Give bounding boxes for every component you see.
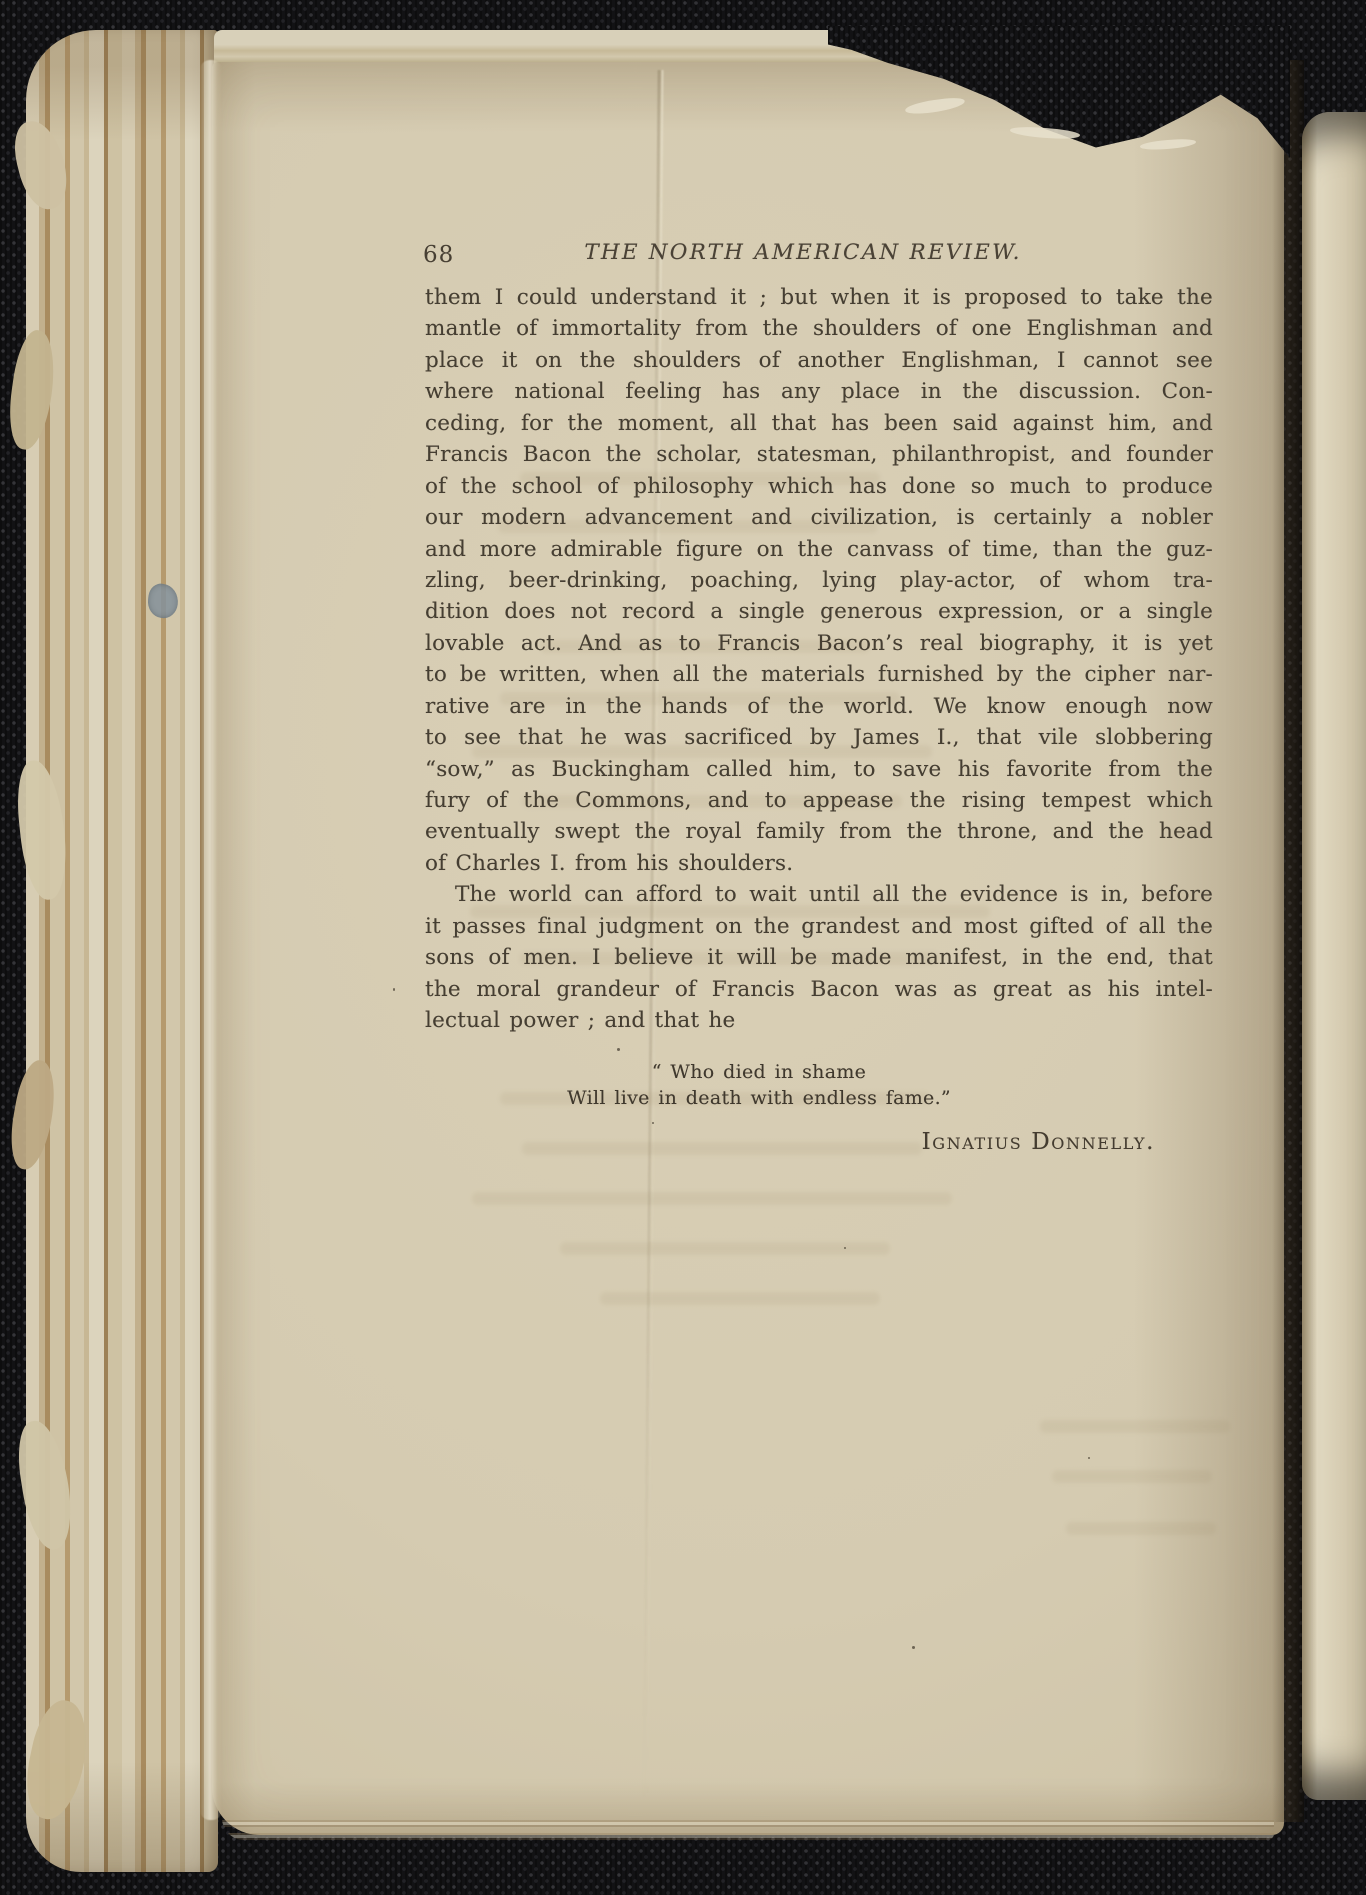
text-line: of the school of philosophy which has do… bbox=[425, 471, 1213, 502]
text-line: rative are in the hands of the world. We… bbox=[425, 691, 1213, 722]
text-line: where national feeling has any place in … bbox=[425, 376, 1213, 407]
scanned-book-page: 68 THE NORTH AMERICAN REVIEW. them I cou… bbox=[0, 0, 1366, 1895]
bottom-sheet-edges bbox=[222, 1818, 1274, 1840]
gutter-fold-shadow bbox=[1272, 60, 1304, 1822]
deckled-page-edges bbox=[26, 30, 218, 1872]
dust-speck bbox=[1088, 1457, 1090, 1459]
next-page-sliver bbox=[1302, 112, 1366, 1800]
author-signature: Ignatius Donnelly. bbox=[425, 1129, 1213, 1155]
text-line: “sow,” as Buckingham called him, to save… bbox=[425, 754, 1213, 785]
showthrough-line bbox=[1040, 1420, 1230, 1433]
text-line: our modern advancement and civilization,… bbox=[425, 502, 1213, 533]
body-text: them I could understand it ; but when it… bbox=[425, 282, 1213, 1037]
text-line: The world can afford to wait until all t… bbox=[425, 879, 1213, 910]
paragraph: The world can afford to wait until all t… bbox=[425, 879, 1213, 1036]
text-line: eventually swept the royal family from t… bbox=[425, 816, 1213, 847]
running-title: THE NORTH AMERICAN REVIEW. bbox=[409, 240, 1197, 265]
text-line: Francis Bacon the scholar, statesman, ph… bbox=[425, 439, 1213, 470]
running-head: 68 THE NORTH AMERICAN REVIEW. bbox=[425, 240, 1213, 272]
dust-speck bbox=[912, 1646, 915, 1649]
text-line: zling, beer-drinking, poaching, lying pl… bbox=[425, 565, 1213, 596]
showthrough-line bbox=[1052, 1470, 1212, 1483]
text-line: the moral grandeur of Francis Bacon was … bbox=[425, 974, 1213, 1005]
text-line: fury of the Commons, and to appease the … bbox=[425, 785, 1213, 816]
text-line: them I could understand it ; but when it… bbox=[425, 282, 1213, 313]
text-line: to see that he was sacrificed by James I… bbox=[425, 722, 1213, 753]
text-line: lovable act. And as to Francis Bacon’s r… bbox=[425, 628, 1213, 659]
page-edge-highlight bbox=[200, 60, 222, 1820]
showthrough-line bbox=[472, 1192, 952, 1205]
text-line: place it on the shoulders of another Eng… bbox=[425, 345, 1213, 376]
text-line: lectual power ; and that he bbox=[425, 1005, 1213, 1036]
showthrough-line bbox=[1066, 1522, 1216, 1535]
text-line: to be written, when all the materials fu… bbox=[425, 659, 1213, 690]
text-line: dition does not record a single generous… bbox=[425, 596, 1213, 627]
verse-line: “ Who died in shame bbox=[425, 1059, 1093, 1085]
verse-line: Will live in death with endless fame.” bbox=[425, 1085, 1093, 1111]
showthrough-line bbox=[600, 1292, 880, 1305]
showthrough-line bbox=[560, 1242, 890, 1255]
text-line: and more admirable figure on the canvass… bbox=[425, 534, 1213, 565]
text-line: of Charles I. from his shoulders. bbox=[425, 848, 1213, 879]
dust-speck bbox=[844, 1247, 846, 1249]
text-column: 68 THE NORTH AMERICAN REVIEW. them I cou… bbox=[425, 240, 1213, 1155]
verse-quote: “ Who died in shame Will live in death w… bbox=[425, 1059, 1213, 1111]
text-line: mantle of immortality from the shoulders… bbox=[425, 313, 1213, 344]
text-line: ceding, for the moment, all that has bee… bbox=[425, 408, 1213, 439]
text-line: sons of men. I believe it will be made m… bbox=[425, 942, 1213, 973]
paragraph: them I could understand it ; but when it… bbox=[425, 282, 1213, 879]
dust-speck bbox=[393, 988, 395, 991]
text-line: it passes final judgment on the grandest… bbox=[425, 911, 1213, 942]
